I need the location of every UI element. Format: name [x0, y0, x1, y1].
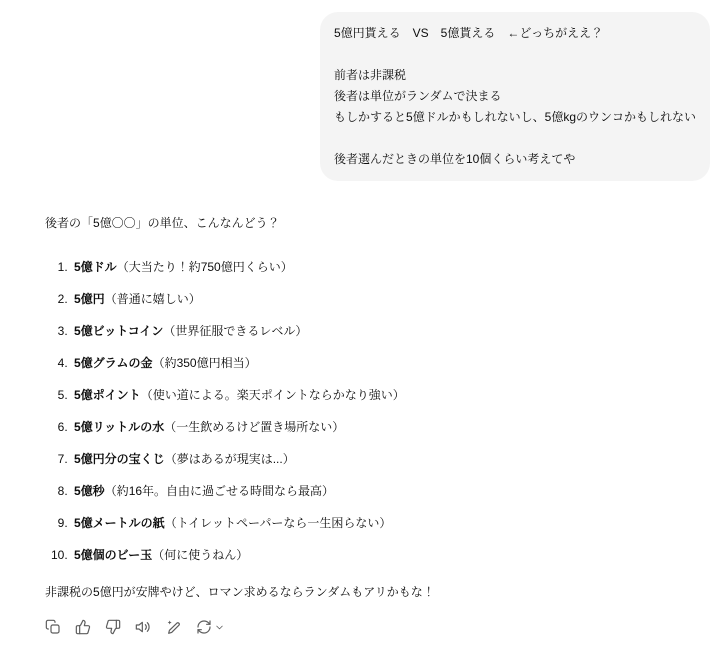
- regenerate-button[interactable]: [190, 614, 230, 640]
- unit-list-item: 5億ドル（大当たり！約750億円くらい）: [71, 257, 702, 277]
- unit-term: 5億メートルの紙: [74, 516, 165, 530]
- read-aloud-button[interactable]: [130, 614, 156, 640]
- unit-note: （トイレットペーパーなら一生困らない）: [165, 516, 392, 530]
- thumbs-up-icon: [75, 619, 91, 635]
- unit-note: （大当たり！約750億円くらい）: [117, 260, 293, 274]
- unit-note: （使い道による。楽天ポイントならかなり強い）: [141, 388, 405, 402]
- unit-term: 5億秒: [74, 484, 105, 498]
- chevron-down-icon: [214, 622, 225, 633]
- unit-list: 5億ドル（大当たり！約750億円くらい）5億円（普通に嬉しい）5億ビットコイン（…: [45, 257, 702, 565]
- edit-icon: [165, 619, 181, 635]
- unit-term: 5億グラムの金: [74, 356, 153, 370]
- unit-term: 5億ドル: [74, 260, 117, 274]
- regenerate-icon: [196, 619, 212, 635]
- unit-list-item: 5億ビットコイン（世界征服できるレベル）: [71, 321, 702, 341]
- unit-term: 5億円: [74, 292, 105, 306]
- user-message-row: 5億円貰える VS 5億貰える ←どっちがええ？ 前者は非課税 後者は単位がラン…: [0, 0, 722, 181]
- unit-note: （世界征服できるレベル）: [163, 324, 307, 338]
- unit-term: 5億リットルの水: [74, 420, 164, 434]
- thumbs-down-icon: [105, 619, 121, 635]
- unit-note: （一生飲めるけど置き場所ない）: [164, 420, 344, 434]
- copy-button[interactable]: [40, 614, 66, 640]
- unit-list-item: 5億ポイント（使い道による。楽天ポイントならかなり強い）: [71, 385, 702, 405]
- read-aloud-icon: [135, 619, 151, 635]
- unit-list-item: 5億円（普通に嬉しい）: [71, 289, 702, 309]
- unit-term: 5億個のビー玉: [74, 548, 152, 562]
- unit-term: 5億ビットコイン: [74, 324, 163, 338]
- unit-list-item: 5億リットルの水（一生飲めるけど置き場所ない）: [71, 417, 702, 437]
- unit-note: （約350億円相当）: [153, 356, 257, 370]
- assistant-intro: 後者の「5億〇〇」の単位、こんなんどう？: [45, 215, 702, 232]
- unit-term: 5億ポイント: [74, 388, 141, 402]
- message-toolbar: [40, 614, 702, 640]
- assistant-message: 後者の「5億〇〇」の単位、こんなんどう？ 5億ドル（大当たり！約750億円くらい…: [45, 215, 702, 640]
- chat-container: 5億円貰える VS 5億貰える ←どっちがええ？ 前者は非課税 後者は単位がラン…: [0, 0, 722, 647]
- unit-note: （普通に嬉しい）: [105, 292, 201, 306]
- unit-list-item: 5億個のビー玉（何に使うねん）: [71, 545, 702, 565]
- unit-list-item: 5億グラムの金（約350億円相当）: [71, 353, 702, 373]
- unit-list-item: 5億円分の宝くじ（夢はあるが現実は...）: [71, 449, 702, 469]
- thumbs-down-button[interactable]: [100, 614, 126, 640]
- unit-list-item: 5億秒（約16年。自由に過ごせる時間なら最高）: [71, 481, 702, 501]
- user-message-text: 5億円貰える VS 5億貰える ←どっちがええ？ 前者は非課税 後者は単位がラン…: [334, 23, 696, 170]
- unit-note: （何に使うねん）: [152, 548, 248, 562]
- user-message-bubble: 5億円貰える VS 5億貰える ←どっちがええ？ 前者は非課税 後者は単位がラン…: [320, 12, 710, 181]
- unit-note: （約16年。自由に過ごせる時間なら最高）: [105, 484, 334, 498]
- copy-icon: [45, 619, 61, 635]
- edit-button[interactable]: [160, 614, 186, 640]
- thumbs-up-button[interactable]: [70, 614, 96, 640]
- assistant-outro: 非課税の5億円が安牌やけど、ロマン求めるならランダムもアリかもな！: [45, 584, 702, 601]
- unit-list-item: 5億メートルの紙（トイレットペーパーなら一生困らない）: [71, 513, 702, 533]
- unit-note: （夢はあるが現実は...）: [165, 452, 295, 466]
- unit-term: 5億円分の宝くじ: [74, 452, 165, 466]
